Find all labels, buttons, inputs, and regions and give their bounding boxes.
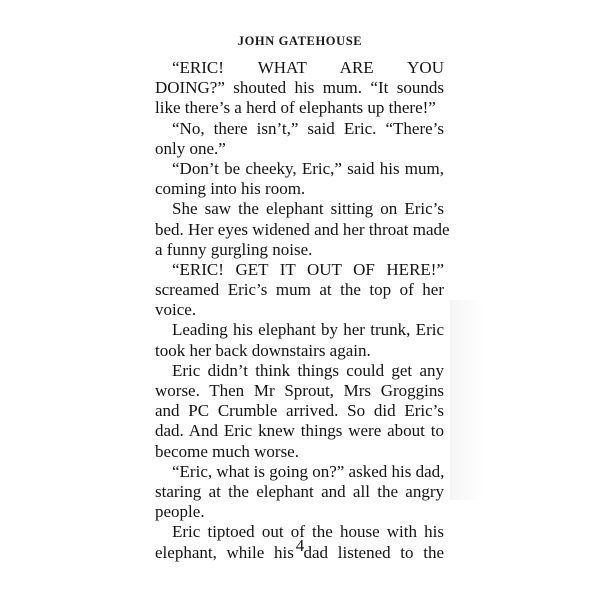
text-line: Eric didn’t think things could get any xyxy=(155,361,444,381)
text-line: DOING?” shouted his mum. “It sounds xyxy=(155,78,444,98)
text-line: coming into his room. xyxy=(155,179,444,199)
text-line: only one.” xyxy=(155,139,444,159)
text-line: “No, there isn’t,” said Eric. “There’s xyxy=(155,119,444,139)
book-page: JOHN GATEHOUSE “ERIC! WHAT ARE YOUDOING?… xyxy=(0,0,600,600)
text-line: “ERIC! GET IT OUT OF HERE!” xyxy=(155,260,444,280)
text-line: like there’s a herd of elephants up ther… xyxy=(155,98,444,118)
text-line: and PC Crumble arrived. So did Eric’s xyxy=(155,401,444,421)
text-line: “ERIC! WHAT ARE YOU xyxy=(155,58,444,78)
text-line: staring at the elephant and all the angr… xyxy=(155,482,444,502)
text-line: people. xyxy=(155,502,444,522)
text-line: a funny gurgling noise. xyxy=(155,240,444,260)
text-line: worse. Then Mr Sprout, Mrs Groggins xyxy=(155,381,444,401)
text-line: took her back downstairs again. xyxy=(155,341,444,361)
text-line: voice. xyxy=(155,300,444,320)
page-number: 4 xyxy=(0,536,600,556)
text-line: bed. Her eyes widened and her throat mad… xyxy=(155,220,444,240)
text-line: dad. And Eric knew things were about to xyxy=(155,421,444,441)
text-line: She saw the elephant sitting on Eric’s xyxy=(155,199,444,219)
body-text: “ERIC! WHAT ARE YOUDOING?” shouted his m… xyxy=(155,58,444,563)
text-line: Leading his elephant by her trunk, Eric xyxy=(155,320,444,340)
paper-bleed-through xyxy=(450,300,485,500)
text-line: “Eric, what is going on?” asked his dad, xyxy=(155,462,444,482)
text-line: “Don’t be cheeky, Eric,” said his mum, xyxy=(155,159,444,179)
text-line: become much worse. xyxy=(155,442,444,462)
running-head-author: JOHN GATEHOUSE xyxy=(0,33,600,49)
text-line: screamed Eric’s mum at the top of her xyxy=(155,280,444,300)
